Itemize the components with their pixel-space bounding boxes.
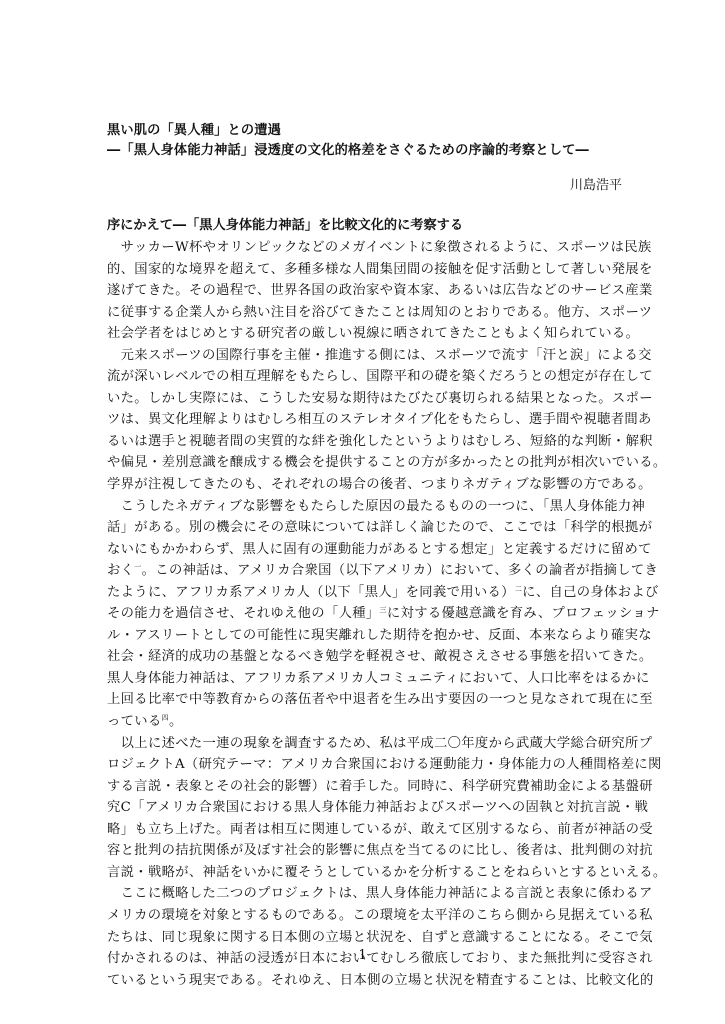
body-line: ロジェクトA（研究テーマ：アメリカ合衆国における運動能力・身体能力の人種間格差に… [107, 754, 620, 776]
body-line: メリカの環境を対象とするものである。この環境を太平洋のこちら側から見据えている私 [107, 905, 620, 927]
body-line: 黒人身体能力神話は、アフリカ系アメリカ人コミュニティにおいて、人口比率をはるかに [107, 668, 620, 690]
body-line-text: おく [107, 563, 134, 578]
body-line-text: たように、アフリカ系アメリカ人（以下「黒人」を同義で用いる） [107, 585, 515, 600]
body-line: っている四。 [107, 711, 620, 733]
body-line: たように、アフリカ系アメリカ人（以下「黒人」を同義で用いる）二に、自己の身体およ… [107, 582, 620, 604]
title-subtitle: ―「黒人身体能力神話」浸透度の文化的格差をさぐるための序論的考察として― [107, 141, 589, 161]
body-line: こうしたネガティブな影響をもたらした原因の最たるものの一つに、「黒人身体能力神 [107, 496, 620, 518]
body-line: 究C「アメリカ合衆国における黒人身体能力神話およびスポーツへの固執と対抗言説・戦 [107, 797, 620, 819]
body-line: 社会・経済的成功の基盤となるべき勉学を軽視させ、敵視さえさせる事態を招いてきた。 [107, 646, 620, 668]
body-line: 社会学者をはじめとする研究者の厳しい視線に晒されてきたこともよく知られている。 [107, 323, 620, 345]
body-line: ツは、異文化理解よりはむしろ相互のステレオタイプ化をもたらし、選手間や視聴者間あ [107, 409, 620, 431]
body-line: 的、国家的な境界を超えて、多種多様な人間集団間の接触を促す活動として著しい発展を [107, 259, 620, 281]
body-line: 流が深いレベルでの相互理解をもたらし、国際平和の礎を築くだろうとの想定が存在して [107, 366, 620, 388]
body-line: たちは、同じ現象に関する日本側の立場と状況を、自ずと意識することになる。そこで気 [107, 927, 620, 949]
body-line: ないにもかかわらず、黒人に固有の運動能力があるとする想定」と定義するだけに留めて [107, 539, 620, 561]
body-line: 言説・戦略が、神話をいかに覆そうとしているかを分析することをねらいとするといえる… [107, 862, 620, 884]
author-name: 川島浩平 [570, 176, 622, 196]
section-heading: 序にかえて―「黒人身体能力神話」を比較文化的に考察する [107, 216, 463, 236]
body-line: 学界が注視してきたのも、それぞれの場合の後者、つまりネガティブな影響の方である。 [107, 474, 620, 496]
body-line-text: その能力を過信させ、それゆえ他の「人種」 [107, 606, 380, 621]
body-text: サッカーW杯やオリンピックなどのメガイベントに象徴されるように、スポーツは民族的… [107, 237, 620, 991]
body-line: るいは選手と視聴者間の実質的な絆を強化したというよりはむしろ、短絡的な判断・解釈 [107, 431, 620, 453]
body-line: ているという現実である。それゆえ、日本側の立場と状況を精査することは、比較文化的 [107, 970, 620, 992]
body-line-text: 。この神話は、アメリカ合衆国（以下アメリカ）において、多くの論者が指摘してき [142, 563, 658, 578]
title-main: 黒い肌の「異人種」との遭遇 [107, 121, 281, 141]
body-line: サッカーW杯やオリンピックなどのメガイベントに象徴されるように、スポーツは民族 [107, 237, 620, 259]
page-number: 1 [0, 948, 725, 963]
footnote-marker[interactable]: 三 [380, 606, 387, 614]
body-line: 遂げてきた。その過程で、世界各国の政治家や資本家、あるいは広告などのサービス産業 [107, 280, 620, 302]
body-line: その能力を過信させ、それゆえ他の「人種」三に対する優越意識を育み、プロフェッショ… [107, 603, 620, 625]
body-line: や偏見・差別意識を醸成する機会を提供することの方が多かったとの批判が相次いでいる… [107, 452, 620, 474]
document-page: 黒い肌の「異人種」との遭遇 ―「黒人身体能力神話」浸透度の文化的格差をさぐるため… [0, 0, 725, 1024]
footnote-marker[interactable]: 四 [162, 714, 169, 722]
body-line-text: 。 [169, 714, 183, 729]
footnote-marker[interactable]: 一 [134, 563, 141, 571]
body-line-text: に対する優越意識を育み、プロフェッショナ [387, 606, 660, 621]
body-line: おく一。この神話は、アメリカ合衆国（以下アメリカ）において、多くの論者が指摘して… [107, 560, 620, 582]
body-line: 以上に述べた一連の現象を調査するため、私は平成二〇年度から武蔵大学総合研究所プ [107, 733, 620, 755]
body-line: 略」も立ち上げた。両者は相互に関連しているが、敢えて区別するなら、前者が神話の受 [107, 819, 620, 841]
body-line-text: に、自己の身体および [522, 585, 658, 600]
body-line: ここに概略した二つのプロジェクトは、黒人身体能力神話による言説と表象に係わるア [107, 883, 620, 905]
body-line: に従事する企業人から熱い注目を浴びてきたことは周知のとおりである。他方、スポーツ [107, 302, 620, 324]
body-line: いた。しかし実際には、こうした安易な期待はたびたび裏切られる結果となった。スポー [107, 388, 620, 410]
body-line: 元来スポーツの国際行事を主催・推進する側には、スポーツで流す「汗と涙」による交 [107, 345, 620, 367]
body-line: 容と批判の拮抗関係が及ぼす社会的影響に焦点を当てるのに比し、後者は、批判側の対抗 [107, 840, 620, 862]
body-line: する言説・表象とその社会的影響）に着手した。同時に、科学研究費補助金による基盤研 [107, 776, 620, 798]
body-line: 上回る比率で中等教育からの落伍者や中退者を生み出す要因の一つと見なされて現在に至 [107, 689, 620, 711]
body-line: 話」がある。別の機会にその意味については詳しく論じたので、ここでは「科学的根拠が [107, 517, 620, 539]
body-line: ル・アスリートとしての可能性に現実離れした期待を抱かせ、反面、本来ならより確実な [107, 625, 620, 647]
body-line-text: っている [107, 714, 162, 729]
